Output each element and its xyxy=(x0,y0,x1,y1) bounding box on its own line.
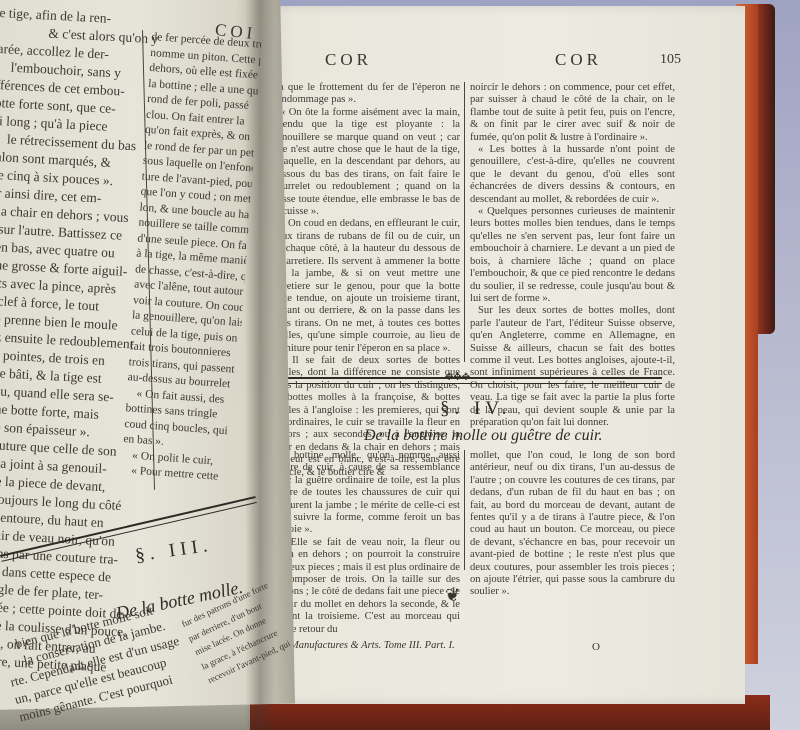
vignette-ornament-icon: ❦ xyxy=(445,585,460,606)
right-col1-bottom: LA bottine molle, qu'on nomme aussi guêt… xyxy=(272,450,460,636)
right-col2-bottom: mollet, que l'on coud, le long de son bo… xyxy=(470,450,675,599)
paragraph: « Les bottes à la hussarde n'ont point d… xyxy=(470,144,675,206)
ornament-icon: ✥✥✥ xyxy=(445,372,470,383)
paragraph: « On coud en dedans, en effleurant le cu… xyxy=(272,218,460,354)
paragraph: « On ôte la forme aisément avec la main,… xyxy=(272,107,460,219)
paragraph: « Quelques personnes curieuses de mainte… xyxy=(470,206,675,305)
page-number: 105 xyxy=(660,52,681,68)
book-photo: COR COR 105 fin que le frottement du fer… xyxy=(0,0,800,730)
paragraph: noircir le dehors : on commence, pour ce… xyxy=(470,82,675,144)
running-head-left: COR xyxy=(325,50,372,70)
section-title: De la bottine molle ou guêtre de cuir. xyxy=(364,427,602,445)
paragraph: « Elle se fait de veau noir, la fleur ou… xyxy=(272,537,460,636)
section-number: §. IV. xyxy=(440,398,511,420)
paragraph: mollet, que l'on coud, le long de son bo… xyxy=(470,450,675,599)
column-rule xyxy=(464,450,465,570)
signature-mark: O xyxy=(592,641,600,653)
paragraph: fin que le frottement du fer de l'éperon… xyxy=(272,82,460,107)
paragraph: LA bottine molle, qu'on nomme aussi guêt… xyxy=(272,450,460,537)
running-head-right: COR xyxy=(555,50,602,70)
right-col1-top: fin que le frottement du fer de l'éperon… xyxy=(272,82,460,479)
footer-signature: Manufactures & Arts. Tome III. Part. I. xyxy=(290,640,455,651)
column-rule xyxy=(464,82,465,362)
